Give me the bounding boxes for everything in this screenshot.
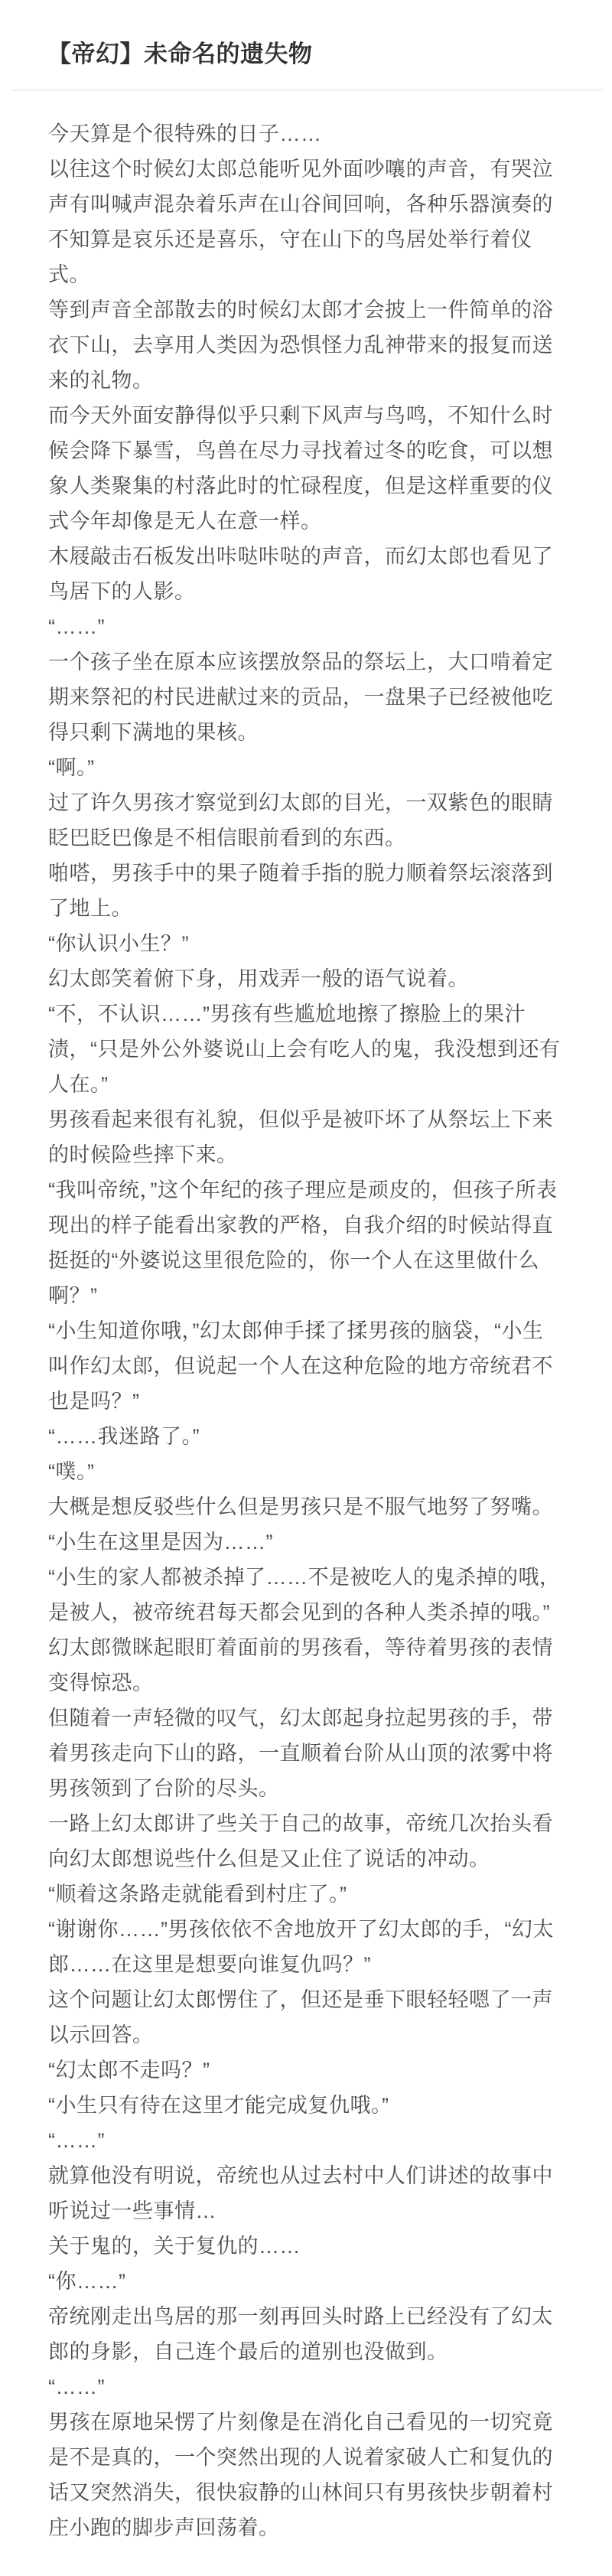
paragraph: 今天算是个很特殊的日子…… (48, 116, 564, 152)
paragraph: “你……” (48, 2264, 564, 2299)
paragraph: 过了许久男孩才察觉到幻太郎的目光，一双紫色的眼睛眨巴眨巴像是不相信眼前看到的东西… (48, 785, 564, 856)
paragraph: “不，不认识……”男孩有些尴尬地擦了擦脸上的果汁渍，“只是外公外婆说山上会有吃人… (48, 996, 564, 1102)
paragraph: “小生在这里是因为……” (48, 1524, 564, 1560)
paragraph: 木屐敲击石板发出咔哒咔哒的声音，而幻太郎也看见了鸟居下的人影。 (48, 539, 564, 609)
paragraph: “我叫帝统，”这个年纪的孩子理应是顽皮的，但孩子所表现出的样子能看出家教的严格，… (48, 1172, 564, 1313)
article-page: 【帝幻】未命名的遗失物 今天算是个很特殊的日子……以往这个时候幻太郎总能听见外面… (0, 0, 612, 2576)
paragraph: “小生知道你哦，”幻太郎伸手揉了揉男孩的脑袋，“小生叫作幻太郎，但说起一个人在这… (48, 1313, 564, 1419)
paragraph: 幻太郎笑着俯下身，用戏弄一般的语气说着。 (48, 961, 564, 996)
paragraph: “谢谢你……”男孩依依不舍地放开了幻太郎的手，“幻太郎……在这里是想要向谁复仇吗… (48, 1912, 564, 1982)
paragraph: 关于鬼的，关于复仇的…… (48, 2229, 564, 2264)
paragraph: “……我迷路了。” (48, 1419, 564, 1454)
paragraph: 但随着一声轻微的叹气，幻太郎起身拉起男孩的手，带着男孩走向下山的路，一直顺着台阶… (48, 1700, 564, 1806)
paragraph: 大概是想反驳些什么但是男孩只是不服气地努了努嘴。 (48, 1489, 564, 1524)
paragraph: 男孩在原地呆愣了片刻像是在消化自己看见的一切究竟是不是真的，一个突然出现的人说着… (48, 2405, 564, 2545)
paragraph: “小生只有待在这里才能完成复仇哦。” (48, 2088, 564, 2123)
paragraph: 等到声音全部散去的时候幻太郎才会披上一件简单的浴衣下山，去享用人类因为恐惧怪力乱… (48, 292, 564, 398)
paragraph: 以往这个时候幻太郎总能听见外面吵嚷的声音，有哭泣声有叫喊声混杂着乐声在山谷间回响… (48, 152, 564, 292)
article-body: 今天算是个很特殊的日子……以往这个时候幻太郎总能听见外面吵嚷的声音，有哭泣声有叫… (0, 91, 612, 2545)
paragraph: 一个孩子坐在原本应该摆放祭品的祭坛上，大口啃着定期来祭祀的村民进献过来的贡品，一… (48, 644, 564, 750)
paragraph: “顺着这条路走就能看到村庄了。” (48, 1877, 564, 1912)
paragraph: “你认识小生？” (48, 926, 564, 961)
paragraph: “……” (48, 2123, 564, 2158)
paragraph: 一路上幻太郎讲了些关于自己的故事，帝统几次抬头看向幻太郎想说些什么但是又止住了说… (48, 1806, 564, 1877)
paragraph: “啊。” (48, 750, 564, 785)
paragraph: 幻太郎微眯起眼盯着面前的男孩看，等待着男孩的表情变得惊恐。 (48, 1630, 564, 1700)
paragraph: “小生的家人都被杀掉了……不是被吃人的鬼杀掉的哦，是被人，被帝统君每天都会见到的… (48, 1560, 564, 1630)
paragraph: “幻太郎不走吗？” (48, 2053, 564, 2088)
paragraph: 啪嗒，男孩手中的果子随着手指的脱力顺着祭坛滚落到了地上。 (48, 856, 564, 926)
paragraph: 这个问题让幻太郎愣住了，但还是垂下眼轻轻嗯了一声以示回答。 (48, 1982, 564, 2053)
paragraph: 就算他没有明说，帝统也从过去村中人们讲述的故事中听说过一些事情… (48, 2158, 564, 2229)
paragraph: 帝统刚走出鸟居的那一刻再回头时路上已经没有了幻太郎的身影，自己连个最后的道别也没… (48, 2299, 564, 2369)
paragraph: “……” (48, 2369, 564, 2405)
paragraph: “噗。” (48, 1454, 564, 1489)
paragraph: 而今天外面安静得似乎只剩下风声与鸟鸣，不知什么时候会降下暴雪，鸟兽在尽力寻找着过… (48, 398, 564, 539)
article-title: 【帝幻】未命名的遗失物 (47, 40, 565, 69)
paragraph: “……” (48, 609, 564, 644)
paragraph: 男孩看起来很有礼貌，但似乎是被吓坏了从祭坛上下来的时候险些摔下来。 (48, 1102, 564, 1172)
